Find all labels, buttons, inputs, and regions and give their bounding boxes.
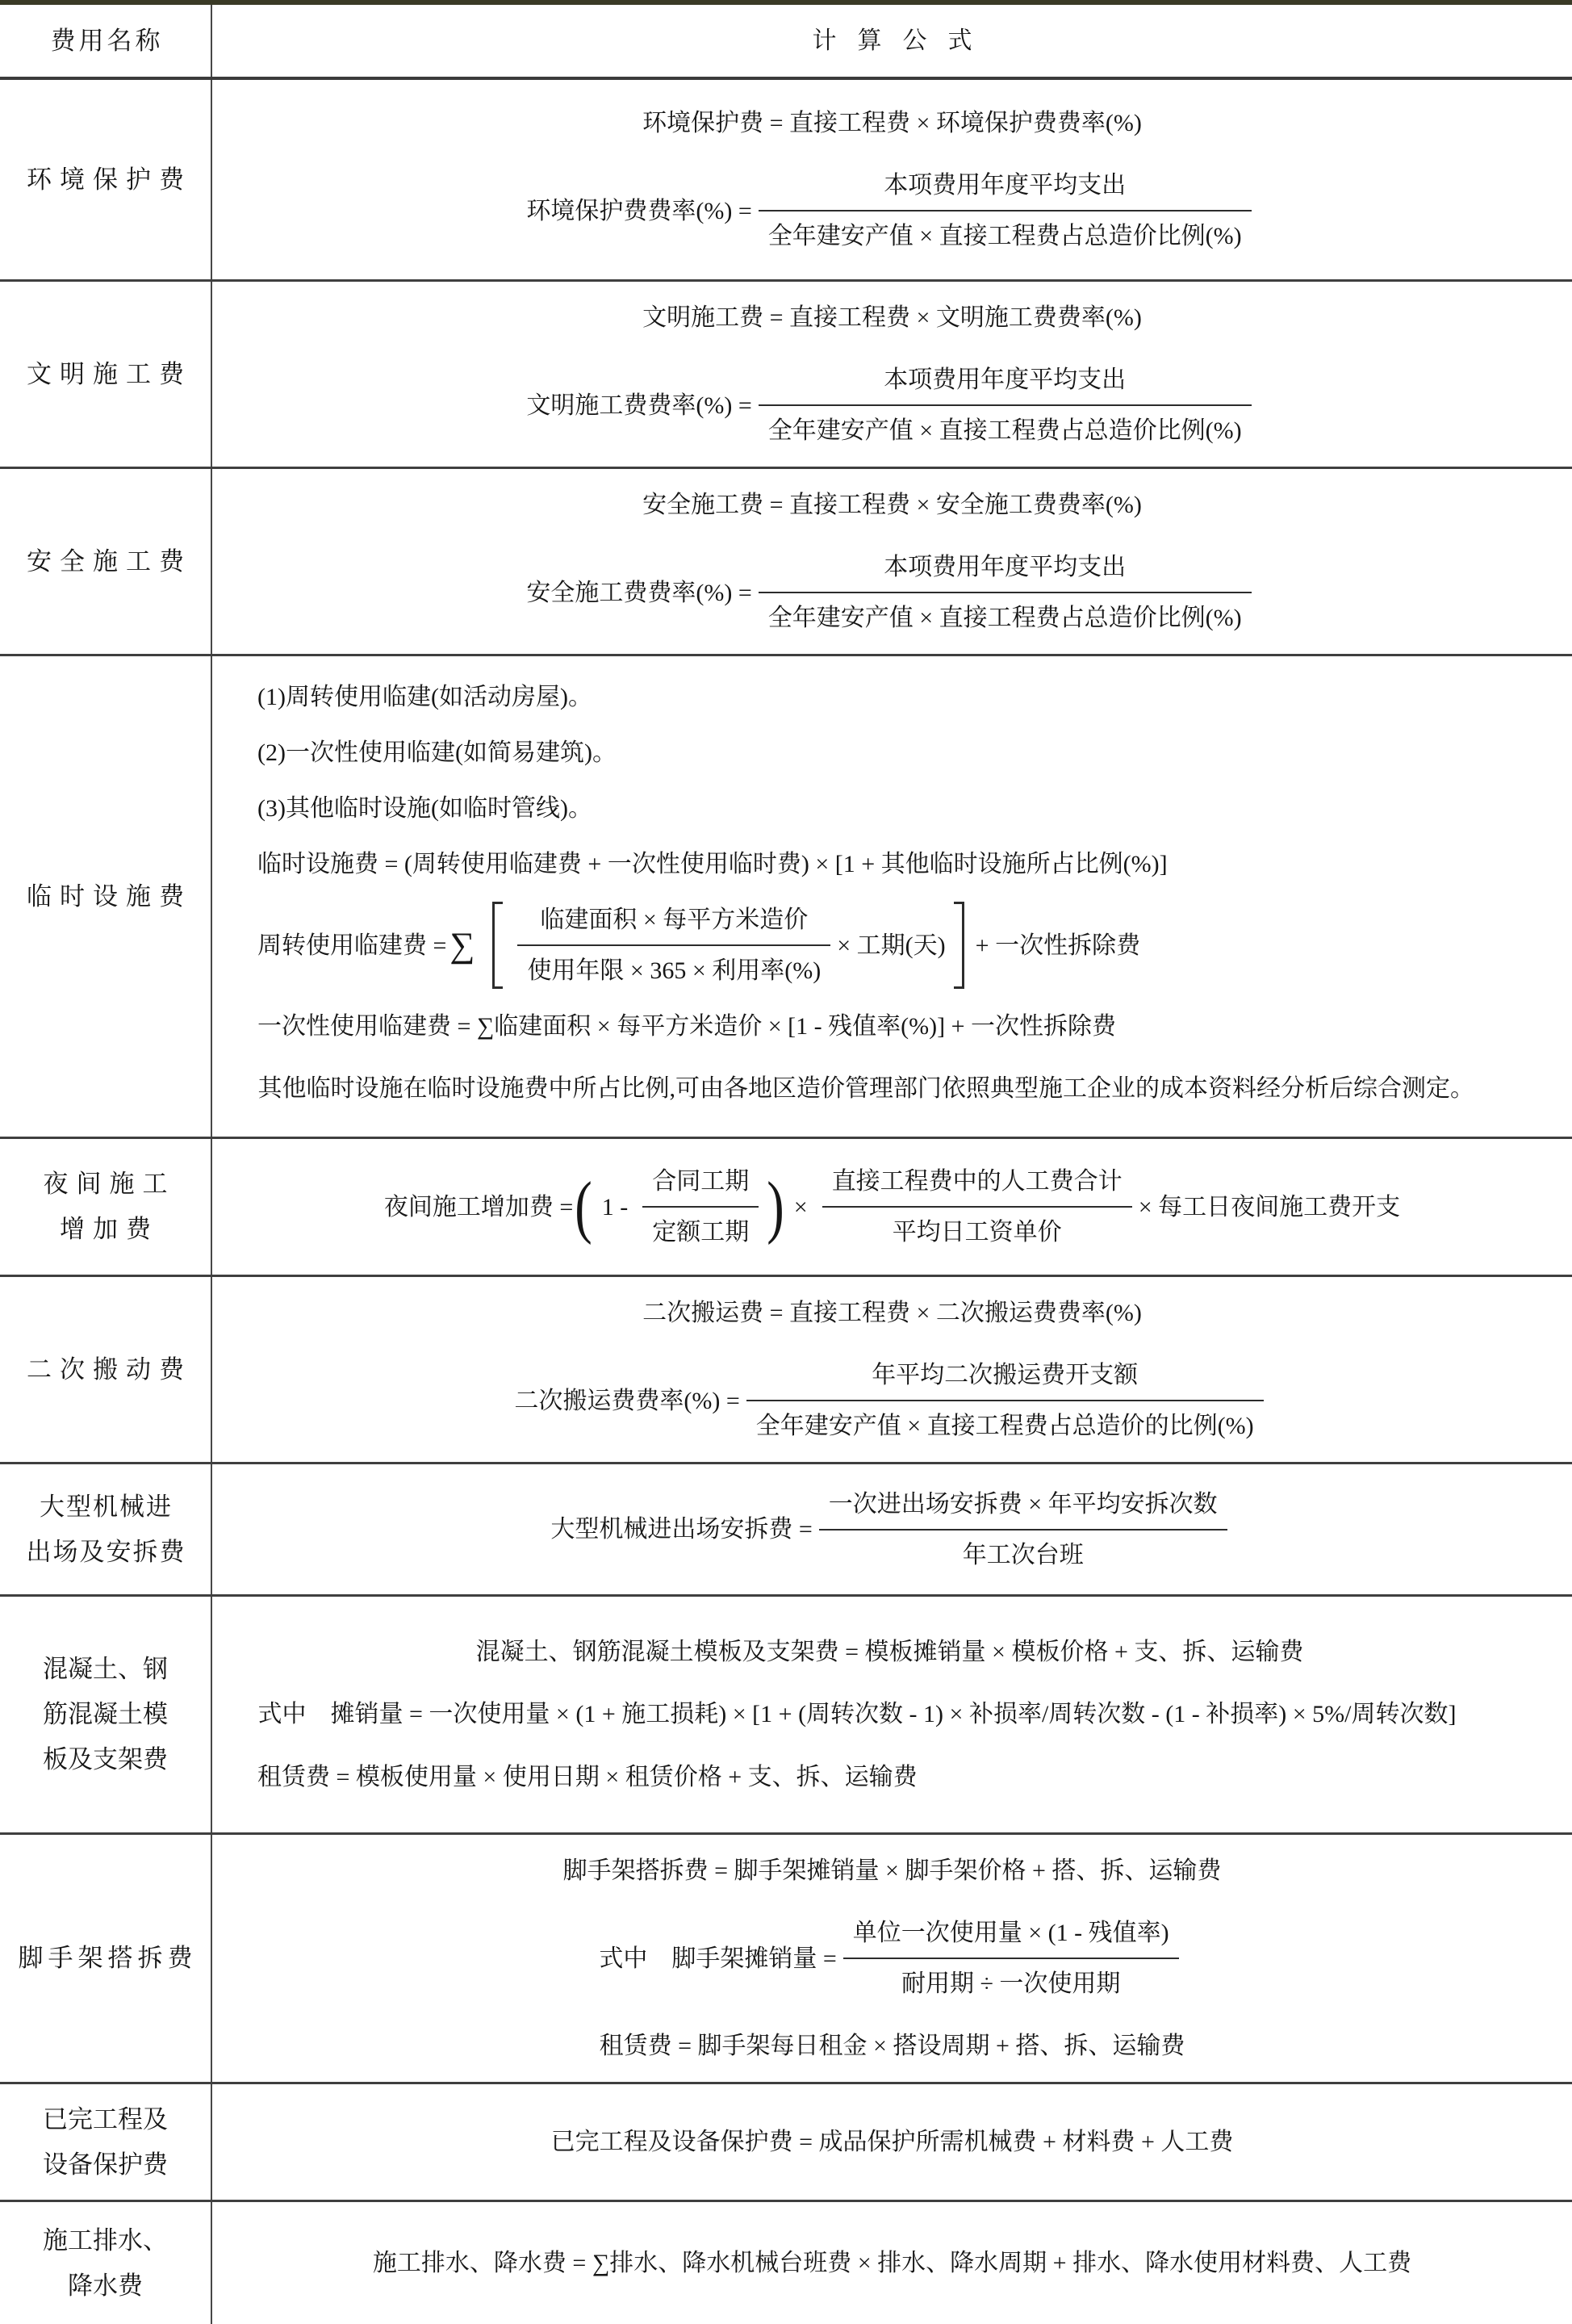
header-formula-cell: 计算公式	[212, 5, 1572, 77]
rate-lhs: 文明施工费费率(%) =	[526, 387, 751, 424]
fee-name-label-line3: 板及支架费	[43, 1737, 168, 1782]
formula-lhs: 式中 脚手架摊销量 =	[599, 1941, 836, 1977]
header-fee-name-cell: 费用名称	[0, 5, 212, 77]
fraction: 年平均二次搬运费开支额 全年建安产值 × 直接工程费占总造价的比例(%)	[746, 1357, 1264, 1444]
rental-formula-line: 租赁费 = 脚手架每日租金 × 搭设周期 + 搭、拆、运输费	[600, 2028, 1185, 2064]
formula-mid: × 工期(天)	[837, 928, 945, 964]
fraction-denominator: 耐用期 ÷ 一次使用期	[843, 1958, 1179, 2002]
formula-line: 安全施工费 = 直接工程费 × 安全施工费费率(%)	[642, 487, 1142, 523]
fee-name-label: 二次搬动费	[27, 1347, 192, 1392]
fraction: 本项费用年度平均支出 全年建安产值 × 直接工程费占总造价比例(%)	[759, 167, 1252, 254]
fraction-denominator: 全年建安产值 × 直接工程费占总造价的比例(%)	[746, 1400, 1264, 1444]
formula-lhs: 夜间施工增加费 =	[384, 1189, 573, 1225]
fee-name-cell: 施工排水、 降水费	[0, 2202, 212, 2324]
fee-name-label: 文明施工费	[27, 352, 192, 397]
formula-lhs: 大型机械进出场安拆费 =	[550, 1511, 812, 1547]
fee-name-label: 临时设施费	[27, 874, 192, 919]
list-item: (1)周转使用临建(如活动房屋)。	[257, 679, 1549, 715]
fraction-denominator: 使用年限 × 365 × 利用率(%)	[517, 944, 830, 989]
fee-name-cell: 安全施工费	[0, 469, 212, 654]
formula-cell: 已完工程及设备保护费 = 成品保护所需机械费 + 材料费 + 人工费	[212, 2084, 1572, 2200]
fee-name-label-line1: 已完工程及	[43, 2097, 168, 2142]
row-drainage-dewatering-fee: 施工排水、 降水费 施工排水、降水费 = ∑排水、降水机械台班费 × 排水、降水…	[0, 2202, 1572, 2324]
rate-formula-line: 环境保护费费率(%) = 本项费用年度平均支出 全年建安产值 × 直接工程费占总…	[526, 167, 1257, 254]
fraction-numerator: 临建面积 × 每平方米造价	[517, 902, 830, 944]
amortization-formula-line: 式中 脚手架摊销量 = 单位一次使用量 × (1 - 残值率) 耐用期 ÷ 一次…	[599, 1915, 1185, 2002]
formula-line: 已完工程及设备保护费 = 成品保护所需机械费 + 材料费 + 人工费	[551, 2124, 1234, 2160]
fee-name-cell: 临时设施费	[0, 656, 212, 1137]
fee-name-label: 脚手架搭拆费	[19, 1936, 198, 1981]
fee-name-label-line1: 施工排水、	[43, 2218, 168, 2263]
formula-cell: 夜间施工增加费 = ( 1 - 合同工期 定额工期 ) × 直接工程费中的人工费…	[212, 1139, 1572, 1275]
formula-suffix: + 一次性拆除费	[976, 928, 1140, 964]
one-minus: 1 -	[602, 1189, 629, 1225]
formula-line: 混凝土、钢筋混凝土模板及支架费 = 模板摊销量 × 模板价格 + 支、拆、运输费	[476, 1634, 1304, 1670]
formula-line: 文明施工费 = 直接工程费 × 文明施工费费率(%)	[642, 299, 1142, 336]
formula-lhs: 周转使用临建费 =	[257, 928, 446, 964]
rate-formula-line: 文明施工费费率(%) = 本项费用年度平均支出 全年建安产值 × 直接工程费占总…	[526, 362, 1257, 449]
row-safety-construction-fee: 安全施工费 安全施工费 = 直接工程费 × 安全施工费费率(%) 安全施工费费率…	[0, 469, 1572, 656]
fraction-denominator: 年工次台班	[819, 1529, 1227, 1573]
right-paren: )	[767, 1179, 784, 1235]
formula-cell: 混凝土、钢筋混凝土模板及支架费 = 模板摊销量 × 模板价格 + 支、拆、运输费…	[212, 1597, 1572, 1832]
left-paren: (	[575, 1179, 592, 1235]
list-item: (3)其他临时设施(如临时管线)。	[257, 790, 1549, 827]
header-row: 费用名称 计算公式	[0, 5, 1572, 80]
one-time-temp-formula-line: 一次性使用临建费 = ∑临建面积 × 每平方米造价 × [1 - 残值率(%)]…	[257, 1008, 1549, 1045]
fee-name-label-line2: 出场及安拆费	[27, 1530, 186, 1575]
row-completed-work-protection-fee: 已完工程及 设备保护费 已完工程及设备保护费 = 成品保护所需机械费 + 材料费…	[0, 2084, 1572, 2202]
row-civilized-construction-fee: 文明施工费 文明施工费 = 直接工程费 × 文明施工费费率(%) 文明施工费费率…	[0, 282, 1572, 469]
formula-line: 夜间施工增加费 = ( 1 - 合同工期 定额工期 ) × 直接工程费中的人工费…	[384, 1163, 1400, 1250]
formula-cell: 施工排水、降水费 = ∑排水、降水机械台班费 × 排水、降水周期 + 排水、降水…	[212, 2202, 1572, 2324]
fraction-numerator: 本项费用年度平均支出	[759, 362, 1252, 404]
row-formwork-and-support-fee: 混凝土、钢 筋混凝土模 板及支架费 混凝土、钢筋混凝土模板及支架费 = 模板摊销…	[0, 1597, 1572, 1835]
fee-name-label-line2: 降水费	[68, 2263, 143, 2309]
formula-line: 临时设施费 = (周转使用临建费 + 一次性使用临时费) × [1 + 其他临时…	[257, 846, 1549, 882]
fraction-numerator: 本项费用年度平均支出	[759, 549, 1252, 592]
fee-name-label-line1: 混凝土、钢	[43, 1647, 168, 1692]
formula-cell: 文明施工费 = 直接工程费 × 文明施工费费率(%) 文明施工费费率(%) = …	[212, 282, 1572, 467]
row-temporary-facilities-fee: 临时设施费 (1)周转使用临建(如活动房屋)。 (2)一次性使用临建(如简易建筑…	[0, 656, 1572, 1139]
turnover-temp-formula-line: 周转使用临建费 = ∑ 临建面积 × 每平方米造价 使用年限 × 365 × 利…	[257, 902, 1549, 989]
fraction-numerator: 一次进出场安拆费 × 年平均安拆次数	[819, 1486, 1227, 1529]
formula-cell: (1)周转使用临建(如活动房屋)。 (2)一次性使用临建(如简易建筑)。 (3)…	[212, 656, 1572, 1137]
right-bracket	[954, 902, 964, 989]
formula-cell: 环境保护费 = 直接工程费 × 环境保护费费率(%) 环境保护费费率(%) = …	[212, 80, 1572, 279]
formula-line: 施工排水、降水费 = ∑排水、降水机械台班费 × 排水、降水周期 + 排水、降水…	[373, 2245, 1411, 2281]
formula-suffix: × 每工日夜间施工费开支	[1139, 1189, 1400, 1225]
fee-name-label-line1: 夜间施工	[44, 1162, 176, 1207]
fraction-denominator: 全年建安产值 × 直接工程费占总造价比例(%)	[759, 592, 1252, 636]
row-night-work-increase-fee: 夜间施工 增加费 夜间施工增加费 = ( 1 - 合同工期 定额工期 ) × 直…	[0, 1139, 1572, 1277]
fee-name-label-line1: 大型机械进	[40, 1484, 173, 1530]
fraction-denominator: 定额工期	[642, 1206, 759, 1250]
formula-cell: 脚手架搭拆费 = 脚手架摊销量 × 脚手架价格 + 搭、拆、运输费 式中 脚手架…	[212, 1835, 1572, 2082]
fraction: 本项费用年度平均支出 全年建安产值 × 直接工程费占总造价比例(%)	[759, 549, 1252, 636]
list-item: (2)一次性使用临建(如简易建筑)。	[257, 735, 1549, 771]
fraction-numerator: 本项费用年度平均支出	[759, 167, 1252, 210]
fee-name-label: 环境保护费	[27, 157, 192, 203]
formula-line: 大型机械进出场安拆费 = 一次进出场安拆费 × 年平均安拆次数 年工次台班	[550, 1486, 1233, 1573]
amortization-paragraph: 式中 摊销量 = 一次使用量 × (1 + 施工损耗) × [1 + (周转次数…	[230, 1690, 1549, 1740]
row-secondary-handling-fee: 二次搬动费 二次搬运费 = 直接工程费 × 二次搬运费费率(%) 二次搬运费费率…	[0, 1277, 1572, 1464]
rate-lhs: 二次搬运费费率(%) =	[514, 1383, 739, 1419]
fee-name-label-line2: 增加费	[60, 1207, 159, 1252]
header-formula-label: 计算公式	[813, 23, 993, 59]
formula-line: 二次搬运费 = 直接工程费 × 二次搬运费费率(%)	[642, 1295, 1142, 1331]
note-paragraph: 其他临时设施在临时设施费中所占比例,可由各地区造价管理部门依照典型施工企业的成本…	[230, 1064, 1549, 1114]
fraction-denominator: 全年建安产值 × 直接工程费占总造价比例(%)	[759, 404, 1252, 449]
formula-cell: 大型机械进出场安拆费 = 一次进出场安拆费 × 年平均安拆次数 年工次台班	[212, 1464, 1572, 1594]
fee-name-cell: 已完工程及 设备保护费	[0, 2084, 212, 2200]
row-large-machinery-mobilization-fee: 大型机械进 出场及安拆费 大型机械进出场安拆费 = 一次进出场安拆费 × 年平均…	[0, 1464, 1572, 1597]
rate-lhs: 安全施工费费率(%) =	[526, 575, 751, 611]
fee-name-cell: 二次搬动费	[0, 1277, 212, 1462]
formula-cell: 安全施工费 = 直接工程费 × 安全施工费费率(%) 安全施工费费率(%) = …	[212, 469, 1572, 654]
fraction: 合同工期 定额工期	[642, 1163, 759, 1250]
rate-lhs: 环境保护费费率(%) =	[526, 193, 751, 229]
fee-name-cell: 文明施工费	[0, 282, 212, 467]
header-fee-name-label: 费用名称	[51, 19, 164, 64]
fee-name-cell: 夜间施工 增加费	[0, 1139, 212, 1275]
rate-formula-line: 安全施工费费率(%) = 本项费用年度平均支出 全年建安产值 × 直接工程费占总…	[526, 549, 1257, 636]
fee-name-label-line2: 筋混凝土模	[43, 1692, 168, 1737]
formula-cell: 二次搬运费 = 直接工程费 × 二次搬运费费率(%) 二次搬运费费率(%) = …	[212, 1277, 1572, 1462]
rate-formula-line: 二次搬运费费率(%) = 年平均二次搬运费开支额 全年建安产值 × 直接工程费占…	[514, 1357, 1269, 1444]
fraction-denominator: 全年建安产值 × 直接工程费占总造价比例(%)	[759, 210, 1252, 254]
sigma-symbol: ∑	[449, 928, 475, 964]
formula-line: 环境保护费 = 直接工程费 × 环境保护费费率(%)	[642, 105, 1142, 141]
fee-name-label-line2: 设备保护费	[43, 2142, 168, 2188]
fraction-numerator: 年平均二次搬运费开支额	[746, 1357, 1264, 1400]
fraction: 本项费用年度平均支出 全年建安产值 × 直接工程费占总造价比例(%)	[759, 362, 1252, 449]
fee-name-cell: 脚手架搭拆费	[0, 1835, 212, 2082]
fee-formula-table: 费用名称 计算公式 环境保护费 环境保护费 = 直接工程费 × 环境保护费费率(…	[0, 0, 1572, 2324]
fraction: 一次进出场安拆费 × 年平均安拆次数 年工次台班	[819, 1486, 1227, 1573]
times-operator: ×	[794, 1189, 808, 1225]
fraction-denominator: 平均日工资单价	[822, 1206, 1132, 1250]
formula-line: 脚手架搭拆费 = 脚手架摊销量 × 脚手架价格 + 搭、拆、运输费	[563, 1853, 1222, 1889]
fraction: 临建面积 × 每平方米造价 使用年限 × 365 × 利用率(%)	[517, 902, 830, 989]
fraction-numerator: 合同工期	[642, 1163, 759, 1206]
fraction-numerator: 单位一次使用量 × (1 - 残值率)	[843, 1915, 1179, 1958]
fee-name-cell: 环境保护费	[0, 80, 212, 279]
fraction-numerator: 直接工程费中的人工费合计	[822, 1163, 1132, 1206]
fee-name-cell: 混凝土、钢 筋混凝土模 板及支架费	[0, 1597, 212, 1832]
fraction: 单位一次使用量 × (1 - 残值率) 耐用期 ÷ 一次使用期	[843, 1915, 1179, 2002]
rental-formula-line: 租赁费 = 模板使用量 × 使用日期 × 租赁价格 + 支、拆、运输费	[257, 1759, 1549, 1795]
fee-name-cell: 大型机械进 出场及安拆费	[0, 1464, 212, 1594]
left-bracket	[492, 902, 503, 989]
row-environmental-protection-fee: 环境保护费 环境保护费 = 直接工程费 × 环境保护费费率(%) 环境保护费费率…	[0, 80, 1572, 282]
row-scaffolding-fee: 脚手架搭拆费 脚手架搭拆费 = 脚手架摊销量 × 脚手架价格 + 搭、拆、运输费…	[0, 1835, 1572, 2084]
fraction: 直接工程费中的人工费合计 平均日工资单价	[822, 1163, 1132, 1250]
fee-name-label: 安全施工费	[27, 539, 192, 584]
